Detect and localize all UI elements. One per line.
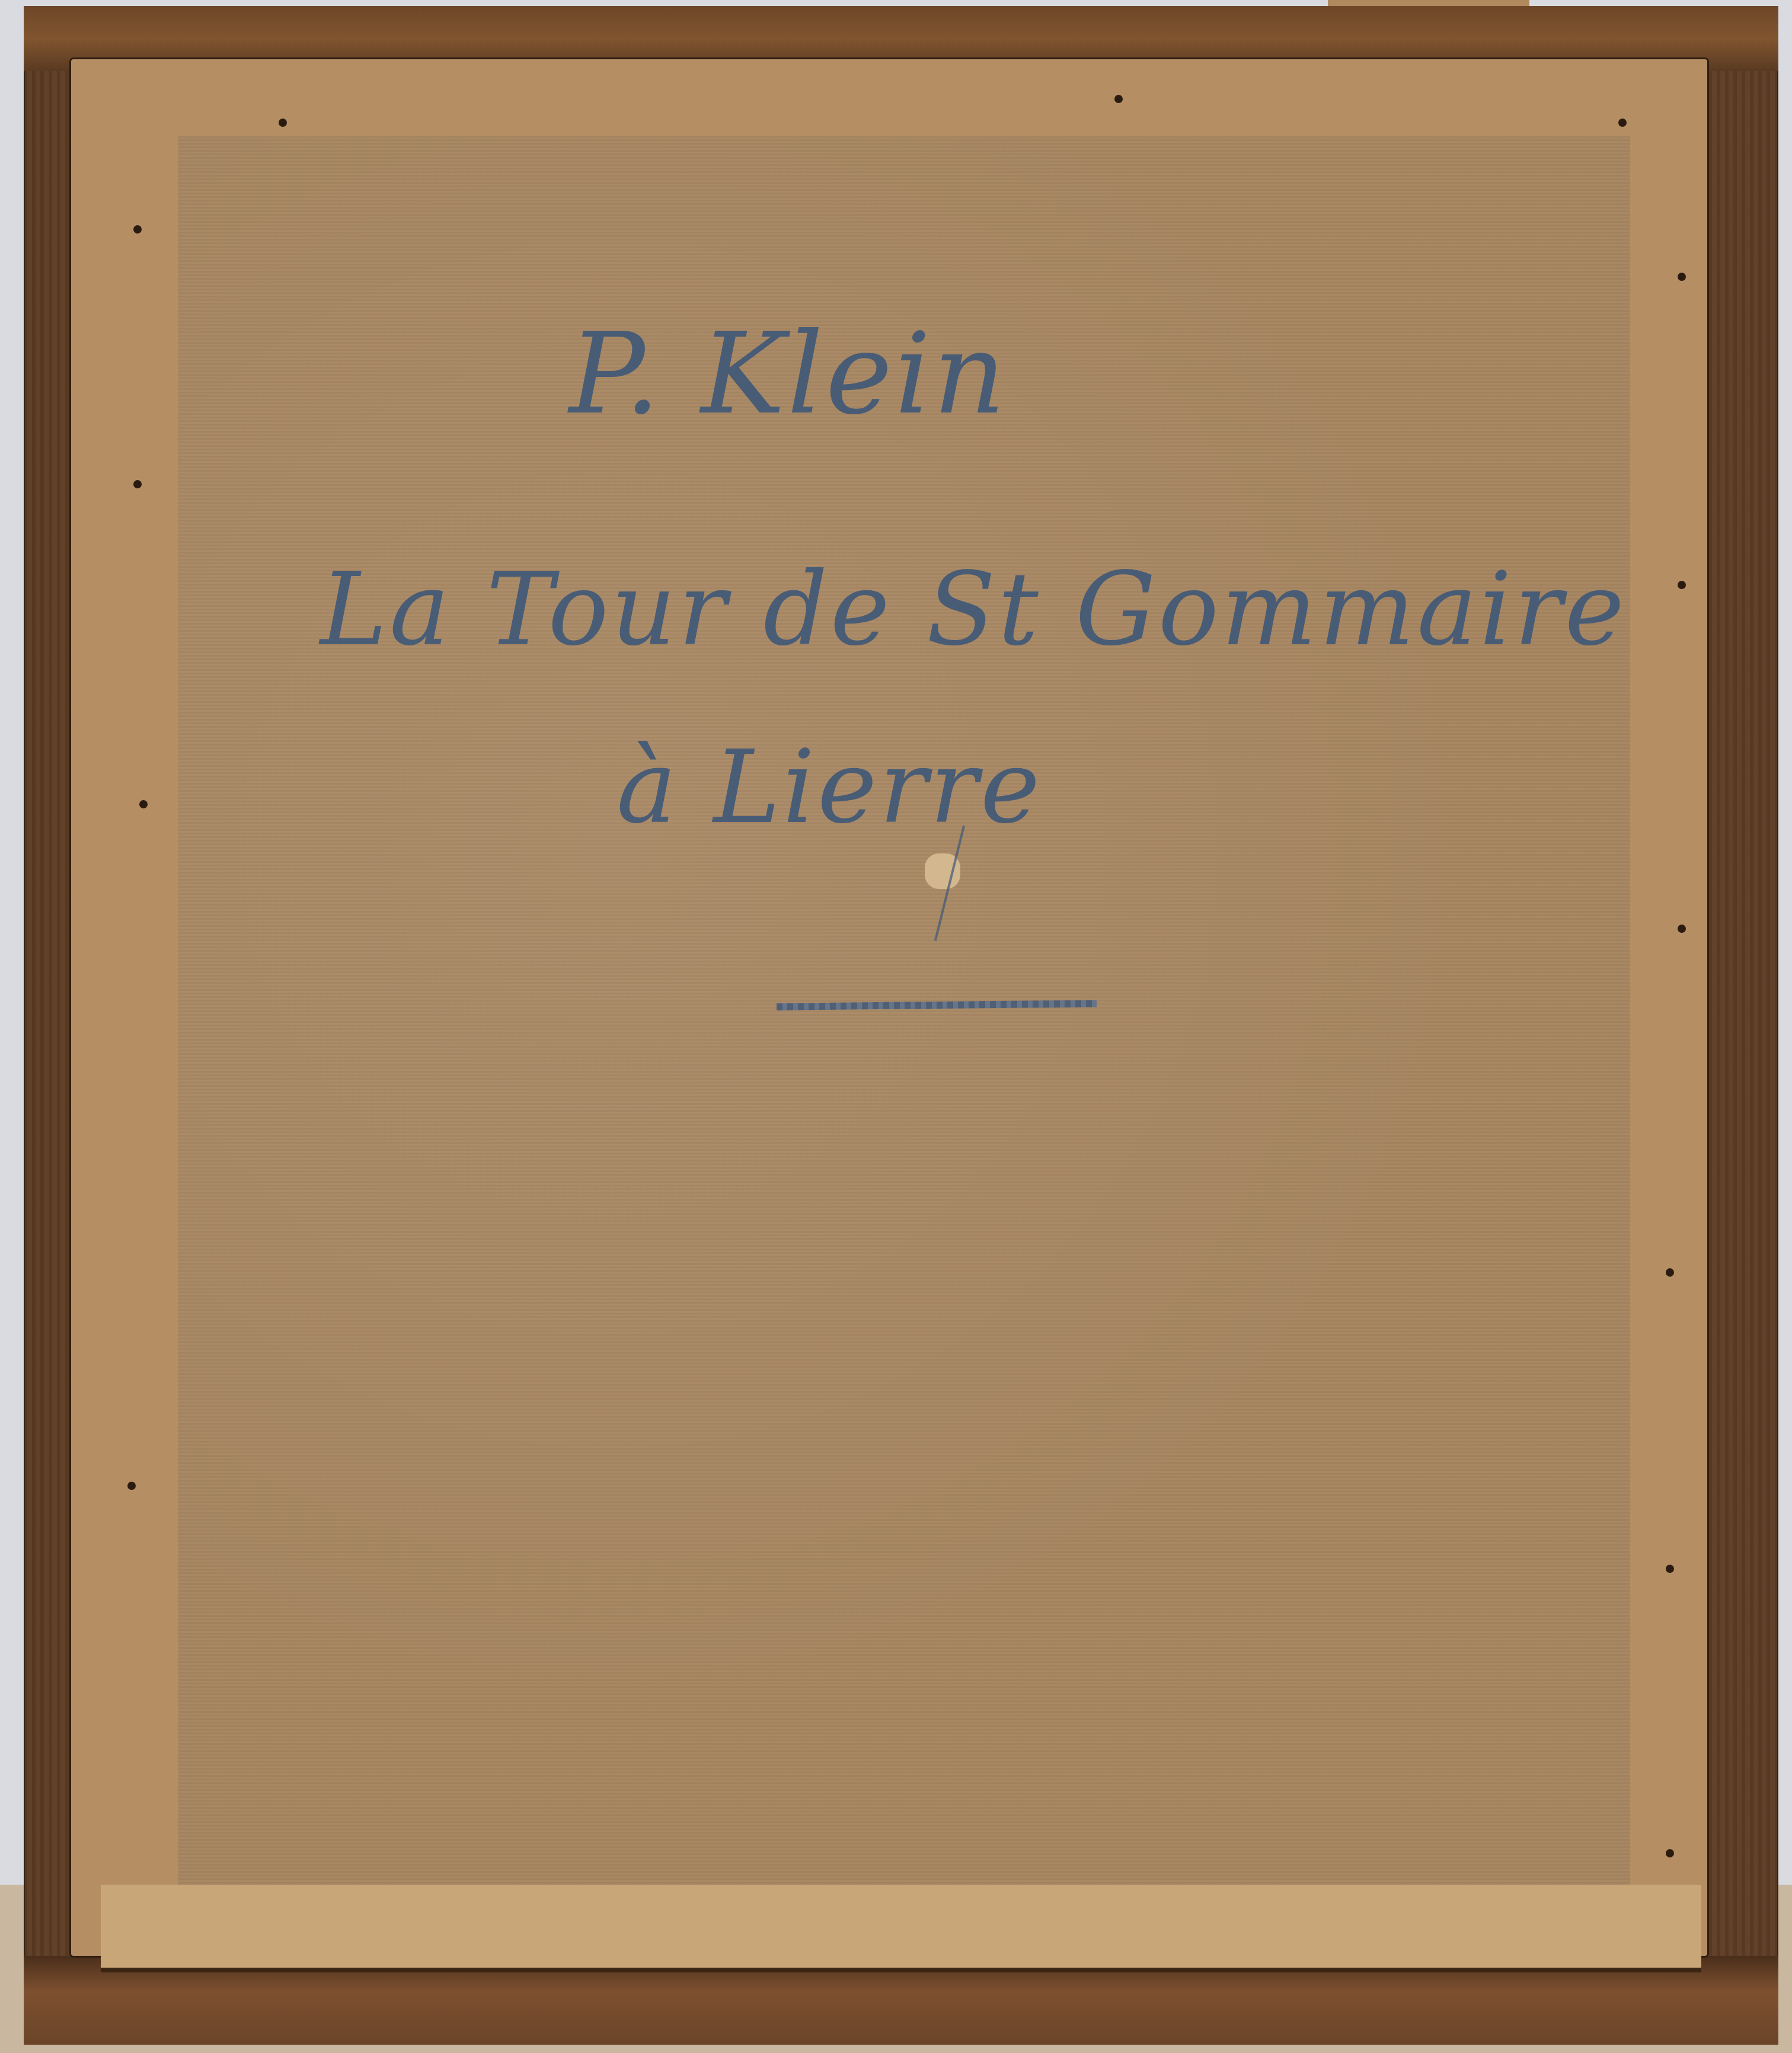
nail [127, 1482, 136, 1490]
nail [1666, 1849, 1674, 1857]
inscription-place: à Lierre [617, 729, 1042, 846]
nail [1114, 95, 1123, 103]
nail [133, 480, 142, 488]
nail [133, 225, 142, 234]
nail [1666, 1268, 1674, 1277]
nail [1678, 925, 1686, 933]
nail [1678, 581, 1686, 589]
torn-tape-bottom [101, 1885, 1701, 1972]
nail [139, 800, 148, 808]
inscription-artist: P. Klein [569, 308, 1008, 439]
nail [1678, 273, 1686, 281]
inscription-title: La Tour de St Gommaire [320, 551, 1627, 669]
nail [1666, 1565, 1674, 1573]
nail [1618, 119, 1627, 127]
nail [279, 119, 287, 127]
